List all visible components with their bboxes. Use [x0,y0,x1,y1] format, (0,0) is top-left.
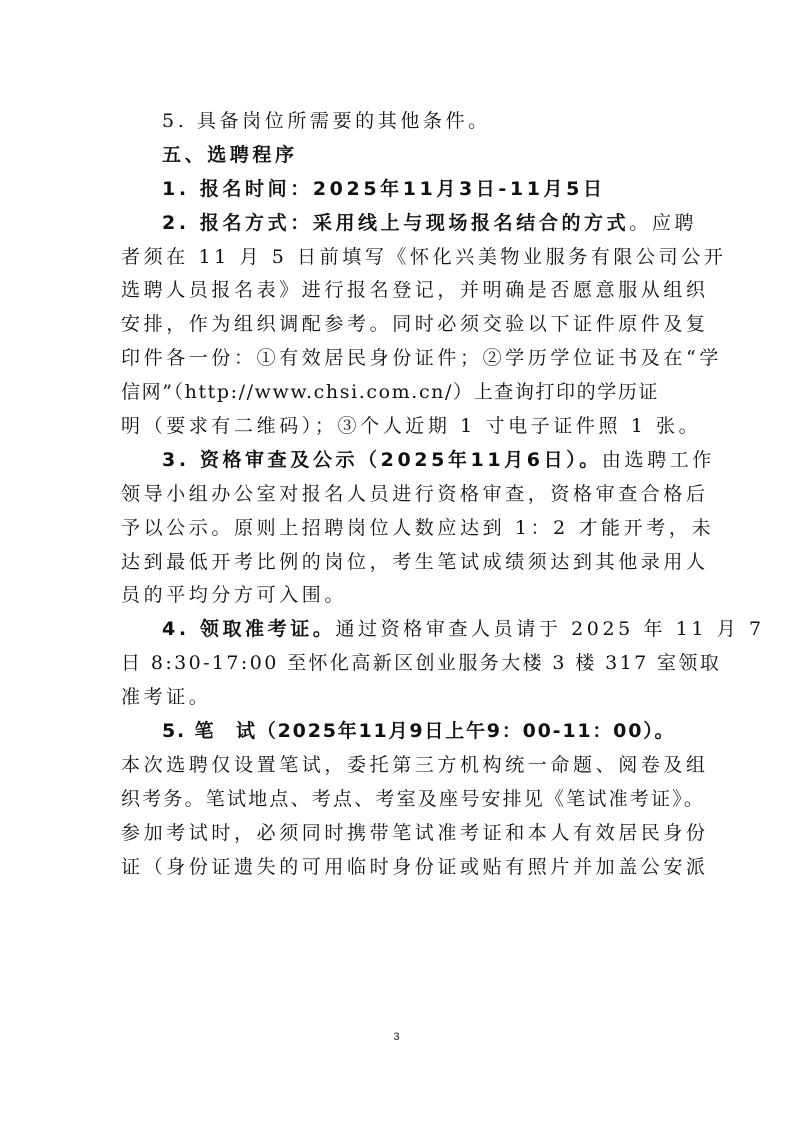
step-3-paragraph-line: 员的平均分方可入围。 [121,579,673,613]
section-heading-selection-procedure: 五、选聘程序 [121,139,673,173]
step-3-paragraph-line: 领导小组办公室对报名人员进行资格审查，资格审查合格后 [121,478,673,512]
step-5-paragraph-line: 参加考试时，必须同时携带笔试准考证和本人有效居民身份 [121,817,673,851]
page-number: 3 [0,1031,793,1043]
step-4-paragraph-line: 日 8:30-17:00 至怀化高新区创业服务大楼 3 楼 317 室领取 [121,647,673,681]
section-heading-text: 五、选聘程序 [162,144,298,166]
step-4-title-line: 4. 领取准考证。通过资格审查人员请于 2025 年 11 月 7 [121,613,673,647]
step-2-paragraph-line: 选聘人员报名表》进行报名登记，并明确是否愿意服从组织 [121,274,673,308]
step-2-paragraph-line: 印件各一份：①有效居民身份证件；②学历学位证书及在“学 [121,342,673,376]
step-2-paragraph-line: 者须在 11 月 5 日前填写《怀化兴美物业服务有限公司公开 [121,241,673,275]
step-2-paragraph-line: 明（要求有二维码）；③个人近期 1 寸电子证件照 1 张。 [121,410,673,444]
step-5-paragraph-line: 织考务。笔试地点、考点、考室及座号安排见《笔试准考证》。 [121,783,673,817]
step-3-paragraph-line: 予以公示。原则上招聘岗位人数应达到 1：2 才能开考，未 [121,512,673,546]
step-1-registration-time: 1. 报名时间：2025年11月3日-11月5日 [121,173,673,207]
requirement-item-5: 5. 具备岗位所需要的其他条件。 [121,105,673,139]
requirement-item-text: 5. 具备岗位所需要的其他条件。 [162,110,491,132]
step-5-paragraph-line: 证（身份证遗失的可用临时身份证或贴有照片并加盖公安派 [121,851,673,885]
step-2-title: 2. 报名方式：采用线上与现场报名结合的方式 [162,212,629,234]
document-body: 5. 具备岗位所需要的其他条件。 五、选聘程序 1. 报名时间：2025年11月… [121,105,673,884]
step-2-paragraph-line: 信网”（http://www.chsi.com.cn/）上查询打印的学历证 [121,376,673,410]
step-4-paragraph-line: 准考证。 [121,681,673,715]
step-3-paragraph-line: 达到最低开考比例的岗位，考生笔试成绩须达到其他录用人 [121,546,673,580]
step-1-label: 1. 报名时间： [162,178,313,200]
step-5-title: 5. 笔 试（2025年11月9日上午9：00-11：00）。 [162,720,675,742]
step-5-title-line: 5. 笔 试（2025年11月9日上午9：00-11：00）。 [121,715,673,749]
step-2-title-line: 2. 报名方式：采用线上与现场报名结合的方式。应聘 [121,207,673,241]
step-3-title: 3. 资格审查及公示（2025年11月6日）。 [162,449,602,471]
step-2-title-continuation: 。应聘 [629,212,697,234]
step-3-title-line: 3. 资格审查及公示（2025年11月6日）。由选聘工作 [121,444,673,478]
document-page: 5. 具备岗位所需要的其他条件。 五、选聘程序 1. 报名时间：2025年11月… [0,0,793,1122]
step-4-title: 4. 领取准考证。 [162,618,335,640]
step-5-paragraph-line: 本次选聘仅设置笔试，委托第三方机构统一命题、阅卷及组 [121,749,673,783]
step-2-paragraph-line: 安排，作为组织调配参考。同时必须交验以下证件原件及复 [121,308,673,342]
step-1-value: 2025年11月3日-11月5日 [313,178,606,200]
step-4-title-continuation: 通过资格审查人员请于 2025 年 11 月 7 [335,618,764,640]
step-3-title-continuation: 由选聘工作 [602,449,715,471]
